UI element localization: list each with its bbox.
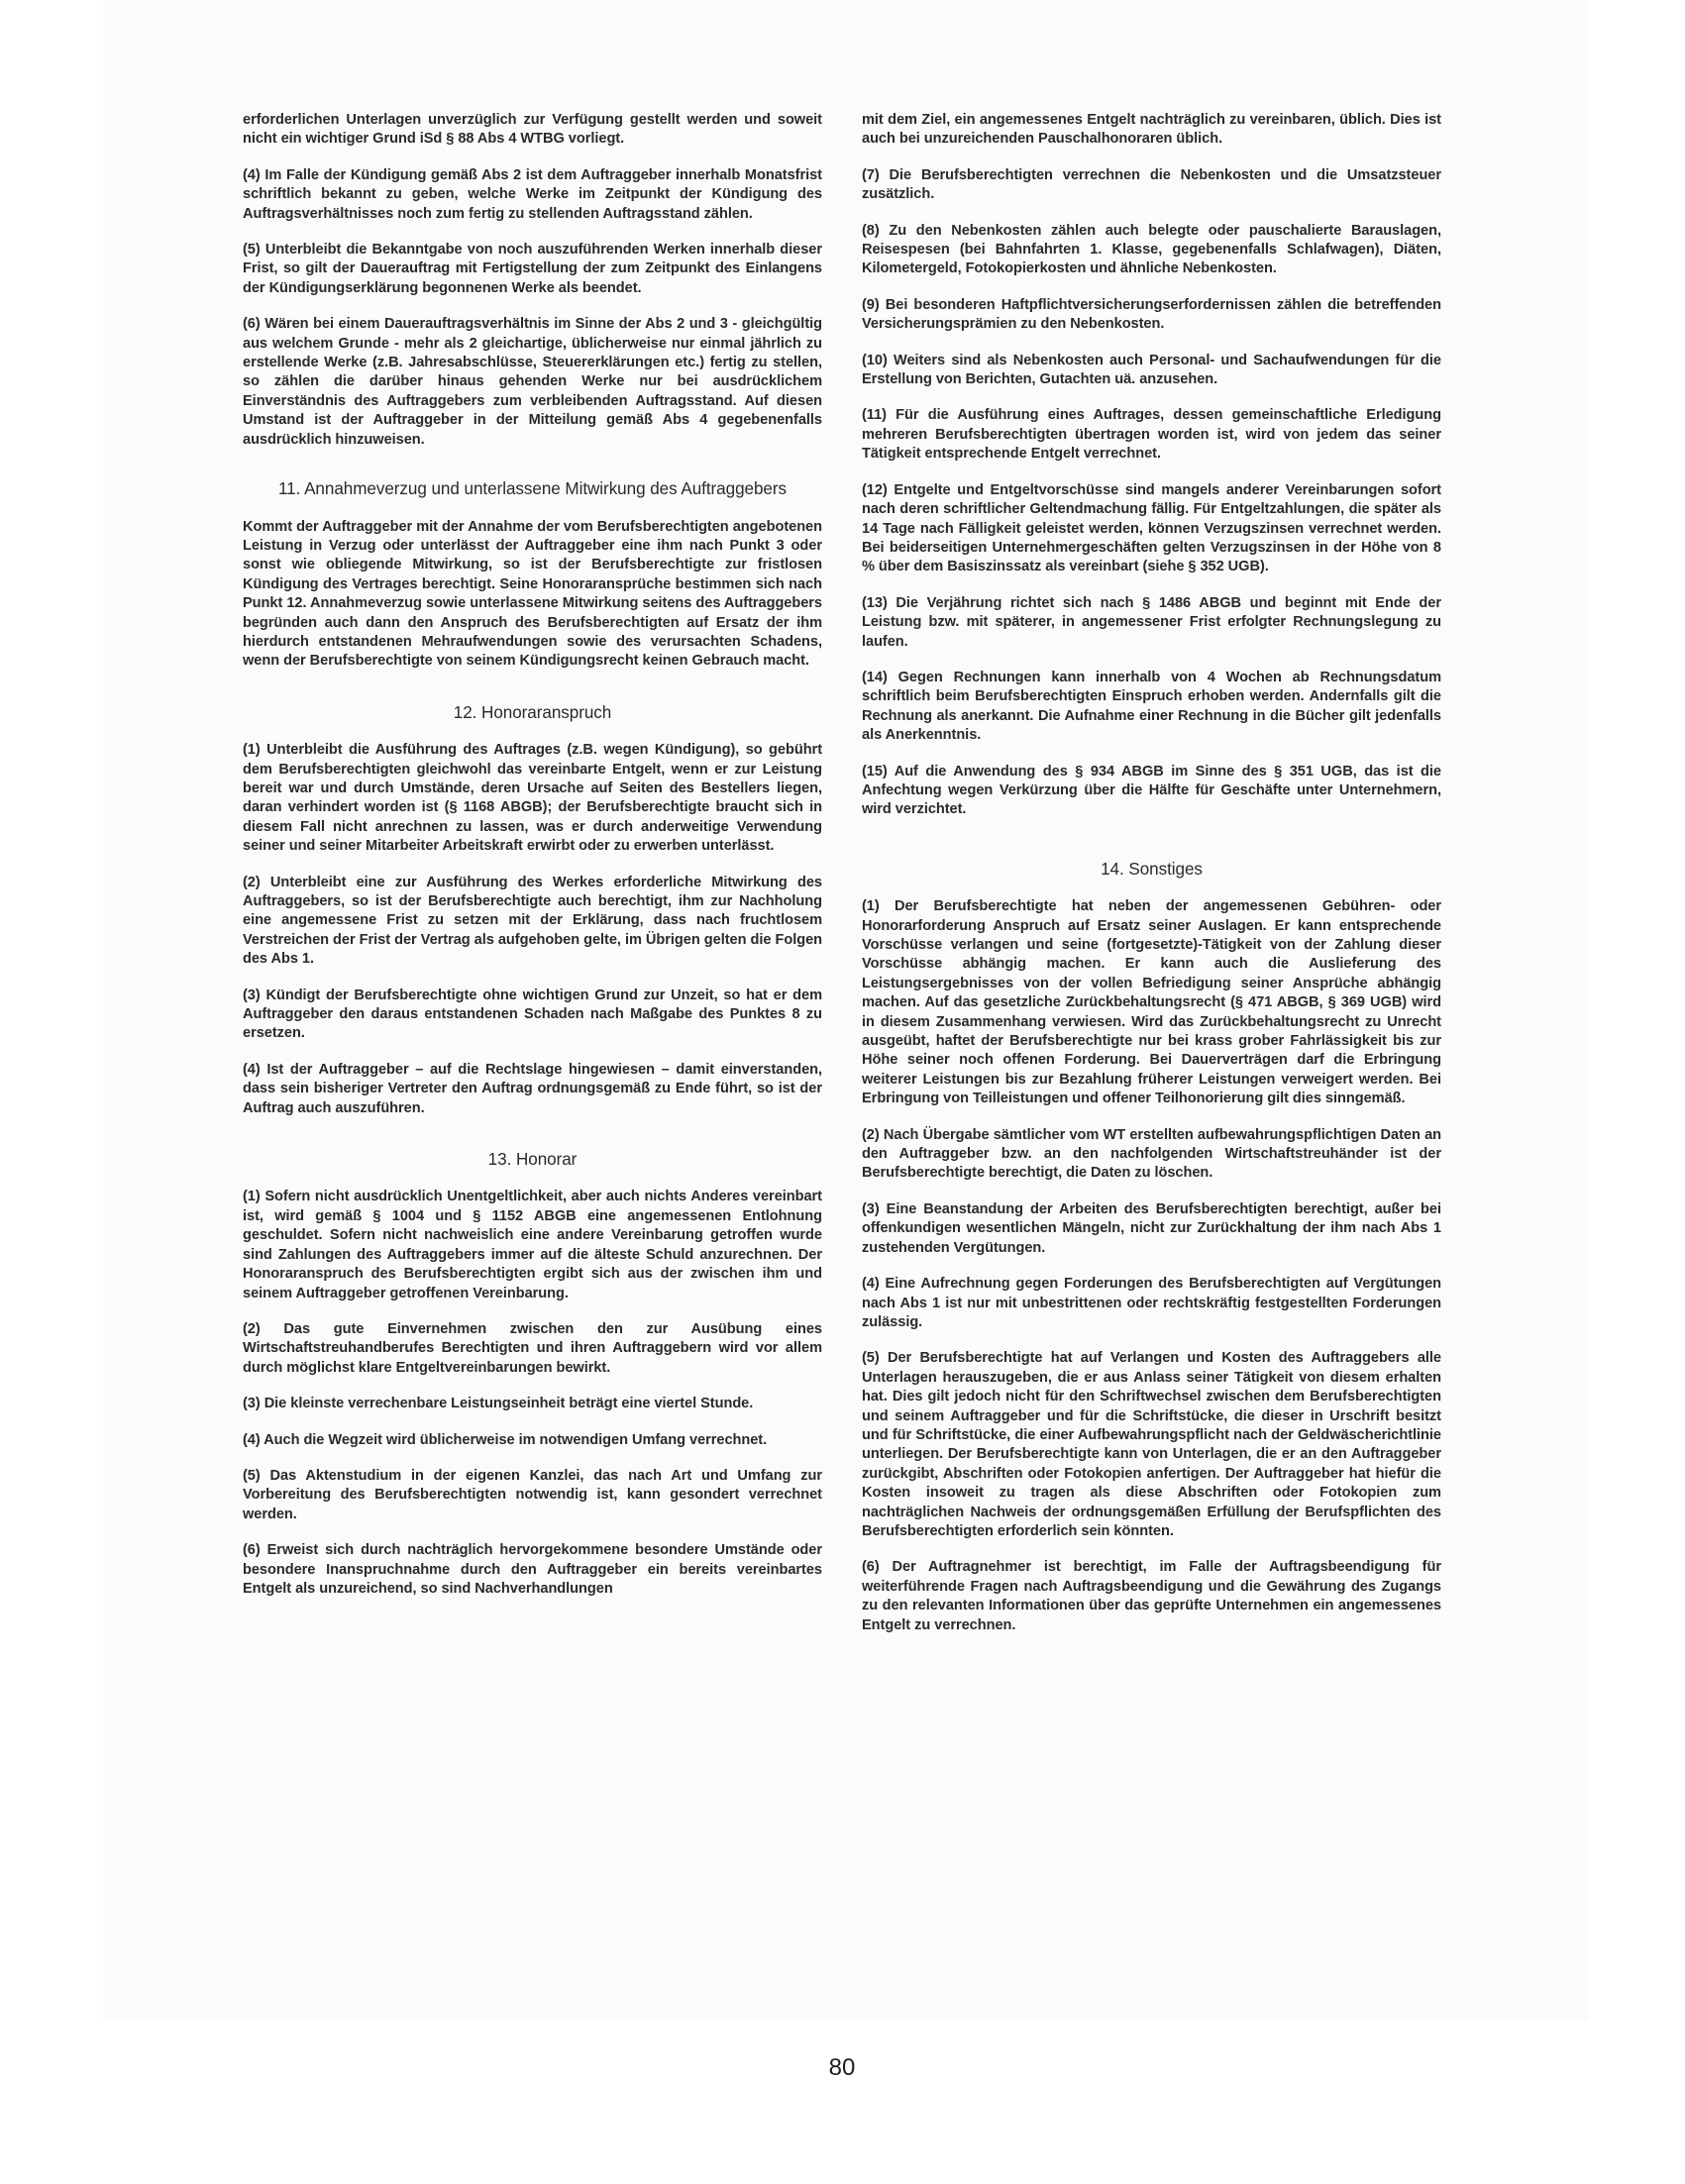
paragraph-14-1: (1) Der Berufsberechtigte hat neben der … — [862, 897, 1441, 1108]
paragraph-continuation-unterlagen: erforderlichen Unterlagen unverzüglich z… — [243, 111, 822, 150]
paragraph-13-4: (4) Auch die Wegzeit wird üblicherweise … — [243, 1431, 822, 1450]
paragraph-13-12: (12) Entgelte und Entgeltvorschüsse sind… — [862, 481, 1441, 577]
paragraph-13-3: (3) Die kleinste verrechenbare Leistungs… — [243, 1395, 822, 1413]
section-heading-13: 13. Honorar — [243, 1150, 822, 1169]
paragraph-13-6: (6) Erweist sich durch nachträglich herv… — [243, 1541, 822, 1599]
section-heading-11: 11. Annahmeverzug und unterlassene Mitwi… — [243, 479, 822, 498]
paragraph-13-13: (13) Die Verjährung richtet sich nach § … — [862, 594, 1441, 652]
paragraph-12-3: (3) Kündigt der Berufsberechtigte ohne w… — [243, 987, 822, 1044]
paragraph-13-15: (15) Auf die Anwendung des § 934 ABGB im… — [862, 763, 1441, 820]
paragraph-14-6: (6) Der Auftragnehmer ist berechtigt, im… — [862, 1558, 1441, 1635]
paragraph-13-6-continuation: mit dem Ziel, ein angemessenes Entgelt n… — [862, 111, 1441, 150]
section-heading-14: 14. Sonstiges — [862, 860, 1441, 879]
right-text-column: mit dem Ziel, ein angemessenes Entgelt n… — [862, 111, 1441, 1652]
paragraph-10-4: (4) Im Falle der Kündigung gemäß Abs 2 i… — [243, 166, 822, 224]
paragraph-13-8: (8) Zu den Nebenkosten zählen auch beleg… — [862, 222, 1441, 279]
paragraph-13-10: (10) Weiters sind als Nebenkosten auch P… — [862, 352, 1441, 390]
paragraph-12-1: (1) Unterbleibt die Ausführung des Auftr… — [243, 741, 822, 856]
paragraph-10-5: (5) Unterbleibt die Bekanntgabe von noch… — [243, 241, 822, 298]
left-text-column: erforderlichen Unterlagen unverzüglich z… — [243, 111, 822, 1615]
paragraph-13-1: (1) Sofern nicht ausdrücklich Unentgeltl… — [243, 1188, 822, 1302]
paragraph-12-4: (4) Ist der Auftraggeber – auf die Recht… — [243, 1061, 822, 1118]
paragraph-14-3: (3) Eine Beanstandung der Arbeiten des B… — [862, 1200, 1441, 1258]
section-heading-12: 12. Honoraranspruch — [243, 703, 822, 722]
paragraph-13-14: (14) Gegen Rechnungen kann innerhalb von… — [862, 669, 1441, 746]
paragraph-12-2: (2) Unterbleibt eine zur Ausführung des … — [243, 874, 822, 970]
paragraph-13-11: (11) Für die Ausführung eines Auftrages,… — [862, 406, 1441, 464]
paragraph-13-5: (5) Das Aktenstudium in der eigenen Kanz… — [243, 1467, 822, 1524]
page-number: 80 — [812, 2054, 872, 2082]
paragraph-10-6: (6) Wären bei einem Dauerauftragsverhält… — [243, 315, 822, 450]
paragraph-13-2: (2) Das gute Einvernehmen zwischen den z… — [243, 1320, 822, 1378]
paragraph-13-7: (7) Die Berufsberechtigten verrechnen di… — [862, 166, 1441, 205]
paragraph-14-5: (5) Der Berufsberechtigte hat auf Verlan… — [862, 1349, 1441, 1541]
paragraph-14-2: (2) Nach Übergabe sämtlicher vom WT erst… — [862, 1126, 1441, 1184]
paragraph-13-9: (9) Bei besonderen Haftpflichtversicheru… — [862, 296, 1441, 335]
paragraph-11: Kommt der Auftraggeber mit der Annahme d… — [243, 518, 822, 672]
paragraph-14-4: (4) Eine Aufrechnung gegen Forderungen d… — [862, 1275, 1441, 1332]
